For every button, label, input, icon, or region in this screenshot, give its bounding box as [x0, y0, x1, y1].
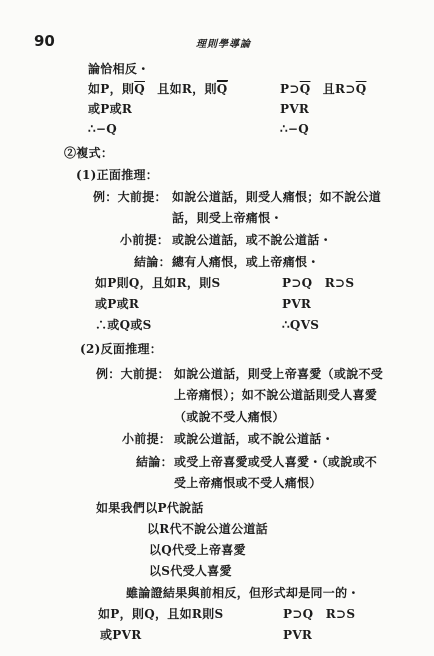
formula-text: P⊃ — [280, 82, 300, 96]
formula-left: ∴或Q或S — [95, 318, 152, 332]
formula-right: ∴QVS — [282, 318, 319, 332]
formula-left: 如P則Q，且如R，則S — [95, 276, 220, 290]
negative-heading: (2)反面推理： — [80, 342, 162, 356]
major-premise-text: （或說不受人痛恨） — [174, 410, 285, 424]
formula-left: 或P或R — [88, 102, 132, 116]
substitution-line: 如果我們以P代說話 — [96, 501, 204, 515]
minor-premise-text: 或說公道話，或不說公道話・ — [174, 432, 334, 446]
formula-right: PVR — [283, 628, 312, 642]
major-premise-label: 例：大前提： — [93, 190, 167, 204]
formula-text: 且如R，則 — [145, 82, 217, 96]
formula-right: P⊃Q R⊃S — [282, 276, 354, 290]
major-premise-label: 例：大前提： — [96, 367, 170, 381]
book-page: 90 理則學導論 論恰相反・ 如P，則Q 且如R，則Q P⊃Q 且R⊃Q 或P或… — [0, 0, 434, 656]
formula-left: ∴−Q — [88, 122, 117, 136]
substitution-line: 以R代不說公道公道話 — [147, 522, 268, 536]
formula-text: 如P，則 — [88, 82, 134, 96]
major-premise-text: 如說公道話，則受人痛恨；如不說公道 — [172, 190, 381, 204]
formula-right: PVR — [280, 102, 309, 116]
running-title: 理則學導論 — [196, 35, 251, 50]
substitution-line: 以Q代受上帝喜愛 — [149, 543, 246, 557]
formula-right: ∴−Q — [280, 122, 309, 136]
minor-premise-label: 小前提： — [120, 233, 169, 247]
page-number: 90 — [34, 32, 55, 50]
substitution-note: 雖論證結果與前相反，但形式却是同一的・ — [126, 586, 360, 600]
formula-right: PVR — [282, 297, 311, 311]
negated-q: Q — [134, 82, 145, 96]
formula-text: 且R⊃ — [310, 82, 355, 96]
formula-right: P⊃Q R⊃S — [283, 607, 355, 621]
negated-q: Q — [356, 82, 367, 96]
conclusion-text: 總有人痛恨，或上帝痛恨・ — [172, 255, 320, 269]
major-premise-text: 如說公道話，則受上帝喜愛（或說不受 — [174, 367, 383, 381]
formula-left: 或PVR — [100, 628, 142, 642]
section1-intro: 論恰相反・ — [88, 62, 150, 76]
section2-heading: ②複式： — [64, 146, 113, 160]
conclusion-text: 或受上帝喜愛或受人喜愛・（或說或不 — [174, 455, 377, 469]
formula-left: 如P，則Q 且如R，則Q — [88, 82, 228, 96]
conclusion-label: 結論： — [134, 255, 171, 269]
negated-q: Q — [300, 82, 311, 96]
positive-heading: (1)正面推理： — [76, 168, 158, 182]
formula-right: P⊃Q 且R⊃Q — [280, 82, 366, 96]
substitution-line: 以S代受人喜愛 — [149, 564, 232, 578]
major-premise-text: 話，則受上帝痛恨・ — [172, 211, 283, 225]
formula-left: 如P，則Q，且如R則S — [98, 607, 223, 621]
formula-left: 或P或R — [95, 297, 139, 311]
conclusion-text: 受上帝痛恨或不受人痛恨） — [174, 476, 322, 490]
conclusion-label: 結論： — [136, 455, 173, 469]
minor-premise-text: 或說公道話，或不說公道話・ — [172, 233, 332, 247]
minor-premise-label: 小前提： — [122, 432, 171, 446]
double-negated-q: Q — [217, 80, 228, 96]
major-premise-text: 上帝痛恨）；如不說公道話則受人喜愛 — [174, 388, 377, 402]
